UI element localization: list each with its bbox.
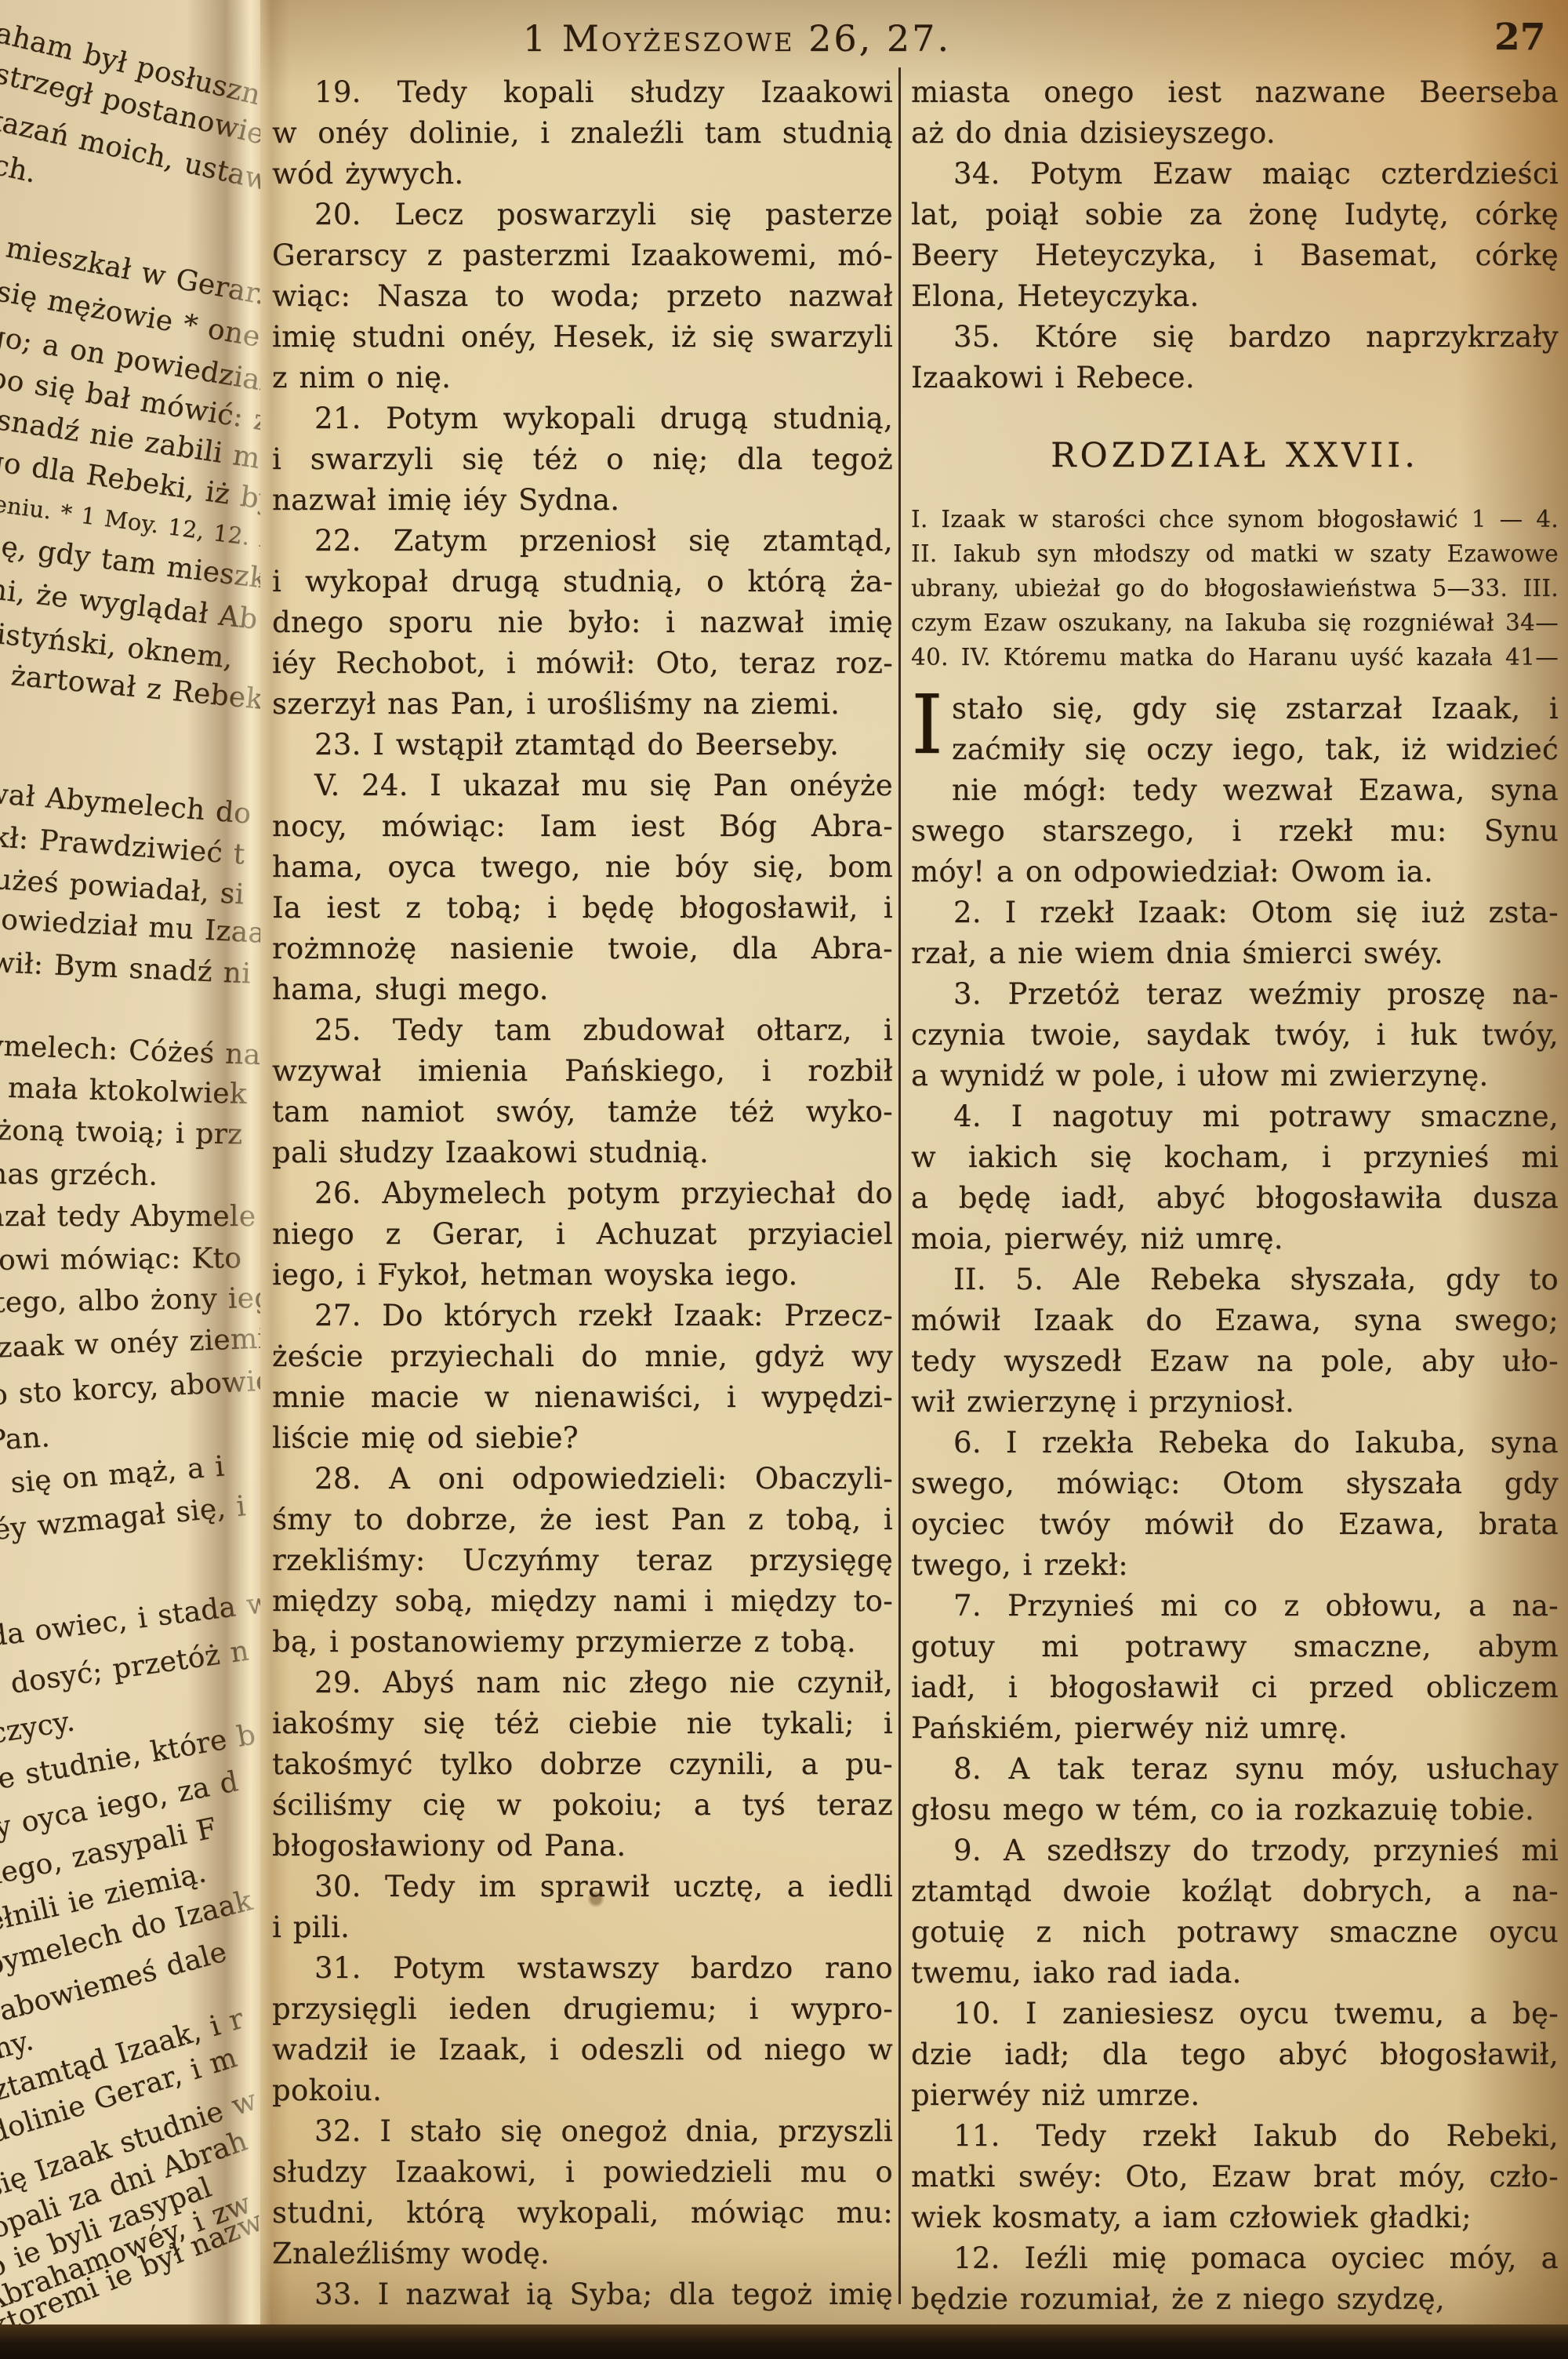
text-line: i pili. xyxy=(272,1907,893,1948)
facing-page-gutter-text: raham był posłusznstrzegł postanowiekaza… xyxy=(0,0,260,2359)
text-line: dzie iadł; dla tego abyć błogosławił, xyxy=(911,2034,1559,2075)
text-line: stało się, gdy się zstarzał Izaak, i xyxy=(952,689,1559,729)
text-line: móy! a on odpowiedział: Owom ia. xyxy=(911,852,1559,892)
text-line: Znaleźliśmy wodę. xyxy=(272,2234,893,2274)
text-line: 29. Abyś nam nic złego nie czynił, xyxy=(272,1663,893,1703)
text-line: tam namiot swóy, tamże téż wyko- xyxy=(272,1092,893,1132)
text-line: 21. Potym wykopali drugą studnią, xyxy=(272,398,893,439)
text-line: między sobą, między nami i między to- xyxy=(272,1581,893,1622)
text-line: matki swéy: Oto, Ezaw brat móy, czło- xyxy=(911,2157,1559,2197)
column-divider-rule xyxy=(898,67,901,2304)
facing-page-text-line: powiedział mu Izaak xyxy=(0,903,260,951)
text-line: ubrany, ubieżał go do błogosławieństwa 5… xyxy=(911,571,1559,605)
text-line: Beery Heteyczyka, i Basemat, córkę xyxy=(911,235,1559,276)
text-line: wiek kosmaty, a iam człowiek gładki; xyxy=(911,2197,1559,2238)
facing-page-text-line: ich. xyxy=(0,147,39,189)
text-line: i wykopał drugą studnią, o którą ża- xyxy=(272,562,893,602)
text-line: nazwał imię iéy Sydna. xyxy=(272,480,893,521)
text-line: 40. IV. Któremu matka do Haranu uyść kaz… xyxy=(911,640,1559,674)
facing-page-text-line: Pan. xyxy=(0,1422,51,1457)
facing-page-text-line: Izaak w onéy ziemi xyxy=(0,1324,260,1365)
facing-page-text-line: kł: Prawdziwieć t xyxy=(0,822,246,871)
text-line: ściliśmy cię w pokoiu; a tyś teraz xyxy=(272,1785,893,1826)
text-line: twego, i rzekł: xyxy=(911,1545,1559,1586)
text-line: tedy wyszedł Ezaw na pole, aby uło- xyxy=(911,1341,1559,1382)
facing-page-text-line: żoną twoią; i prz xyxy=(0,1115,243,1150)
text-line: wód żywych. xyxy=(272,154,893,194)
drop-cap-initial: I xyxy=(911,690,941,772)
text-line: iadł, i błogosławił ci przed obliczem xyxy=(911,1667,1559,1708)
text-line: wił zwierzynę i przyniosł. xyxy=(911,1382,1559,1423)
text-line: imię studni onéy, Hesek, iż się swarzyli xyxy=(272,317,893,358)
text-line: liście mię od siebie? xyxy=(272,1418,893,1459)
facing-page-text-line: éy wzmagał się, i xyxy=(0,1491,247,1547)
text-line: V. 24. I ukazał mu się Pan onéyże xyxy=(272,765,893,806)
text-line: będzie rozumiał, że z niego szydzę, xyxy=(911,2279,1559,2320)
text-line: 11. Tedy rzekł Iakub do Rebeki, xyxy=(911,2116,1559,2157)
text-line: rożmnożę nasienie twoie, dla Abra- xyxy=(272,929,893,969)
text-line: wiąc: Nasza to woda; przeto nazwał xyxy=(272,276,893,317)
chapter-heading: ROZDZIAŁ XXVII. xyxy=(911,436,1559,475)
text-line: żeście przyiechali do mnie, gdyż wy xyxy=(272,1336,893,1377)
text-line: czym Ezaw oszukany, na Iakuba się rozgni… xyxy=(911,605,1559,640)
text-line: I. Izaak w starości chce synom błogosław… xyxy=(911,502,1559,536)
text-line: 20. Lecz poswarzyli się pasterze xyxy=(272,194,893,235)
text-line: bą, i postanowiemy przymierze z tobą. xyxy=(272,1622,893,1663)
text-line: II. 5. Ale Rebeka słyszała, gdy to xyxy=(911,1259,1559,1300)
text-line: 26. Abymelech potym przyiechał do xyxy=(272,1173,893,1214)
text-line: twemu, iako rad iada. xyxy=(911,1953,1559,1994)
text-line: przysięgli ieden drugiemu; i wypro- xyxy=(272,1989,893,2030)
facing-page-text-line: czycy. xyxy=(0,1706,77,1750)
text-line: moia, pierwéy, niż umrę. xyxy=(911,1219,1559,1259)
text-line: 8. A tak teraz synu móy, usłuchay xyxy=(911,1749,1559,1790)
text-line: II. Iakub syn młodszy od matki w szaty E… xyxy=(911,536,1559,571)
text-line: pokoiu. xyxy=(272,2070,893,2111)
text-line: gotuię z nich potrawy smaczne oycu xyxy=(911,1912,1559,1953)
text-line: i swarzyli się téż o nię; dla tegoż xyxy=(272,439,893,480)
text-line: rzał, a nie wiem dnia śmierci swéy. xyxy=(911,933,1559,974)
text-line: 33. I nazwał ią Syba; dla tegoż imię xyxy=(272,2274,893,2315)
text-line: 3. Przetóż teraz weźmiy proszę na- xyxy=(911,974,1559,1015)
text-line: Elona, Heteyczyka. xyxy=(911,276,1559,317)
text-line: pali słudzy Izaakowi studnią. xyxy=(272,1132,893,1173)
text-line: miasta onego iest nazwane Beerseba xyxy=(911,72,1559,113)
text-line: pierwéy niż umrze. xyxy=(911,2075,1559,2116)
text-line: niego z Gerar, i Achuzat przyiaciel xyxy=(272,1214,893,1255)
text-line: szerzył nas Pan, i urośliśmy na ziemi. xyxy=(272,684,893,725)
text-line: dnego sporu nie było: i nazwał imię xyxy=(272,602,893,643)
facing-page-text-line: ł się on mąż, a i xyxy=(0,1452,226,1501)
text-line: 7. Przynieś mi co z obłowu, a na- xyxy=(911,1586,1559,1627)
text-line: 28. A oni odpowiedzieli: Obaczyli- xyxy=(272,1459,893,1499)
text-line: nie mógł: tedy wezwał Ezawa, syna xyxy=(952,770,1559,811)
text-line: 6. I rzekła Rebeka do Iakuba, syna xyxy=(911,1423,1559,1463)
text-line: swego starszego, i rzekł mu: Synu xyxy=(911,811,1559,852)
text-line: wadził ie Izaak, i odeszli od niego w xyxy=(272,2030,893,2070)
text-line: hama, oyca twego, nie bóy się, bom xyxy=(272,847,893,888)
text-line: takośmyć tylko dobrze czynili, a pu- xyxy=(272,1744,893,1785)
text-line: 30. Tedy im sprawił ucztę, a iedli xyxy=(272,1866,893,1907)
text-line: 32. I stało się onegoż dnia, przyszli xyxy=(272,2111,893,2152)
text-line: iego, i Fykoł, hetman woyska iego. xyxy=(272,1255,893,1296)
text-line: 31. Potym wstawszy bardzo rano xyxy=(272,1948,893,1989)
text-line: w iakich się kocham, i przynieś mi xyxy=(911,1137,1559,1178)
text-line: Gerarscy z pasterzmi Izaakowemi, mó- xyxy=(272,235,893,276)
chapter-26-end-lines: miasta onego iest nazwane Beersebaaż do … xyxy=(911,72,1559,398)
text-line: śmy to dobrze, że iest Pan z tobą, i xyxy=(272,1499,893,1540)
text-line: w onéy dolinie, i znaleźli tam studnią xyxy=(272,113,893,154)
text-line: 25. Tedy tam zbudował ołtarz, i xyxy=(272,1010,893,1051)
text-line: aż do dnia dzisieyszego. xyxy=(911,113,1559,154)
left-text-column: 19. Tedy kopali słudzy Izaakowiw onéy do… xyxy=(272,72,893,2315)
chapter-27-body: I stało się, gdy się zstarzał Izaak, iza… xyxy=(911,689,1559,2320)
text-line: 34. Potym Ezaw maiąc czterdzieści xyxy=(911,154,1559,194)
text-line: a będę iadł, abyć błogosławiła dusza xyxy=(911,1178,1559,1219)
text-line: iakośmy się téż ciebie nie tykali; i xyxy=(272,1703,893,1744)
text-line: 9. A szedłszy do trzody, przynieś mi xyxy=(911,1830,1559,1871)
text-line: nocy, mówiąc: Iam iest Bóg Abra- xyxy=(272,806,893,847)
text-line: hama, sługi mego. xyxy=(272,969,893,1010)
text-line: 35. Które się bardzo naprzykrzały xyxy=(911,317,1559,358)
text-line: swego, mówiąc: Otom słyszała gdy xyxy=(911,1463,1559,1504)
text-line: 23. I wstąpił ztamtąd do Beerseby. xyxy=(272,725,893,765)
text-line: z nim o nię. xyxy=(272,358,893,398)
book-page-photo: raham był posłusznstrzegł postanowiekaza… xyxy=(0,0,1568,2359)
text-line: a wynidź w pole, i ułow mi zwierzynę. xyxy=(911,1056,1559,1096)
facing-page-text-line: my. xyxy=(0,2025,37,2068)
text-line: lat, poiął sobie za żonę Iudytę, córkę xyxy=(911,194,1559,235)
text-line: Ia iest z tobą; i będę błogosławił, i xyxy=(272,888,893,929)
page-number: 27 xyxy=(1494,16,1545,59)
facing-page-text-line: o sto korcy, abowie xyxy=(0,1365,260,1412)
text-line: studni, którą wykopali, mówiąc mu: xyxy=(272,2193,893,2234)
right-text-column: miasta onego iest nazwane Beersebaaż do … xyxy=(911,72,1559,2320)
text-line: głosu mego w tém, co ia rozkazuię tobie. xyxy=(911,1790,1559,1830)
text-line: wzywał imienia Pańskiego, i rozbił xyxy=(272,1051,893,1092)
facing-page-text-line: azał tedy Abymele xyxy=(0,1201,256,1233)
facing-page-text-line: tego, albo żony ieg xyxy=(0,1283,260,1319)
text-line: 19. Tedy kopali słudzy Izaakowi xyxy=(272,72,893,113)
facing-page-text-line: wił: Bym snadź ni xyxy=(0,947,252,990)
text-line: błogosławiony od Pana. xyxy=(272,1826,893,1866)
text-line: ztamtąd dwoie koźląt dobrych, a na- xyxy=(911,1871,1559,1912)
text-line: Izaakowi i Rebece. xyxy=(911,358,1559,398)
facing-page-text-line: łowi mówiąc: Kto xyxy=(0,1243,241,1277)
chapter-summary: I. Izaak w starości chce synom błogosław… xyxy=(911,502,1559,674)
photo-bottom-edge xyxy=(0,2324,1568,2359)
text-line: 2. I rzekł Izaak: Otom się iuż zsta- xyxy=(911,892,1559,933)
text-line: czynia twoie, saydak twóy, i łuk twóy, xyxy=(911,1015,1559,1056)
facing-page-text-line: użeś powiadał, si xyxy=(0,864,245,911)
text-line: zaćmiły się oczy iego, tak, iż widzieć xyxy=(952,729,1559,770)
text-line: 22. Zatym przeniosł się ztamtąd, xyxy=(272,521,893,562)
facing-page-text-line: ymelech: Cóżeś na xyxy=(0,1030,260,1071)
text-line: mówił Izaak do Ezawa, syna swego; xyxy=(911,1300,1559,1341)
text-line: 4. I nagotuy mi potrawy smaczne, xyxy=(911,1096,1559,1137)
text-line: mnie macie w nienawiści, i wypędzi- xyxy=(272,1377,893,1418)
text-line: 10. I zaniesiesz oycu twemu, a bę- xyxy=(911,1994,1559,2034)
text-line: gotuy mi potrawy smaczne, abym xyxy=(911,1627,1559,1667)
text-line: rzekliśmy: Uczyńmy teraz przysięgę xyxy=(272,1540,893,1581)
text-line: iéy Rechobot, i mówił: Oto, teraz roz- xyxy=(272,643,893,684)
text-line: Pańskiém, pierwéy niż umrę. xyxy=(911,1708,1559,1749)
facing-page-text-line: nas grzéch. xyxy=(0,1159,158,1192)
text-line: 12. Ieźli mię pomaca oyciec móy, a xyxy=(911,2238,1559,2279)
text-line: 27. Do których rzekł Izaak: Przecz- xyxy=(272,1296,893,1336)
facing-page-text-line: mała ktokolwiek xyxy=(7,1073,247,1110)
text-line: oyciec twóy mówił do Ezawa, brata xyxy=(911,1504,1559,1545)
running-header: 1 Moyżeszowe 26, 27. xyxy=(0,17,1521,60)
text-line: słudzy Izaakowi, i powiedzieli mu o xyxy=(272,2152,893,2193)
